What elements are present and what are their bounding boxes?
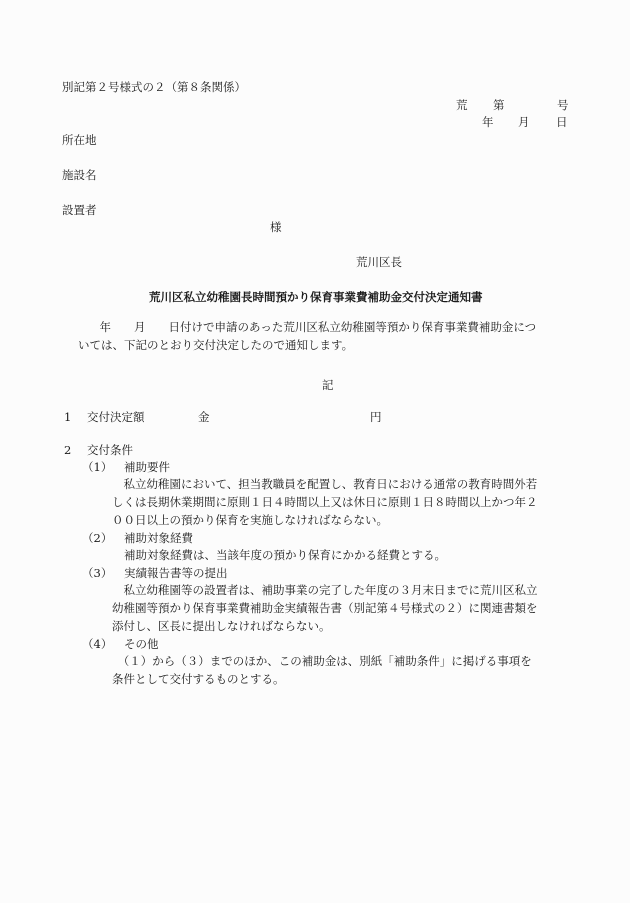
address-label: 所在地 (62, 131, 97, 149)
condition-1-number: （1） (82, 458, 112, 476)
ki-marker: 記 (322, 376, 334, 394)
body-line: （１）から（３）までのほか、この補助金は、別紙「補助条件」に掲げる事項を (112, 652, 532, 670)
intro-line: いては、下記のとおり交付決定したので通知します。 (78, 336, 536, 354)
body-line: 幼稚園等預かり保育事業費補助金実績報告書（別記第４号様式の２）に関連書類を (112, 599, 538, 617)
condition-3-heading: 実績報告書等の提出 (124, 564, 228, 582)
condition-4-number: （4） (82, 635, 112, 653)
condition-1-heading: 補助要件 (124, 458, 170, 476)
amount-suffix: 円 (370, 408, 382, 426)
body-line: しくは長期休業期間に原則１日４時間以上又は休日に原則１日８時間以上かつ年２ (112, 493, 538, 511)
ref-number-suffix: 号 (557, 96, 569, 114)
section-2-number: 2 (64, 441, 71, 459)
facility-label: 施設名 (62, 166, 97, 184)
date-month: 月 (518, 113, 530, 131)
condition-4-heading: その他 (124, 635, 159, 653)
ref-number-prefix: 荒 (456, 96, 468, 114)
condition-2-number: （2） (82, 529, 112, 547)
section-1-number: 1 (64, 408, 71, 426)
founder-label: 設置者 (62, 201, 97, 219)
honorific: 様 (270, 218, 282, 236)
section-1-label: 交付決定額 (87, 408, 145, 426)
condition-1-body: 私立幼稚園において、担当教職員を配置し、教育日における通常の教育時間外若 しくは… (112, 475, 538, 529)
body-line: 私立幼稚園等の設置者は、補助事業の完了した年度の３月末日までに荒川区私立 (112, 581, 538, 599)
section-2-label: 交付条件 (87, 441, 133, 459)
form-label: 別記第２号様式の２（第８条関係） (62, 78, 246, 96)
date-year: 年 (482, 113, 494, 131)
body-line: 私立幼稚園において、担当教職員を配置し、教育日における通常の教育時間外若 (112, 475, 538, 493)
date-day: 日 (556, 113, 568, 131)
ref-number-middle: 第 (493, 96, 505, 114)
intro-line: 年 月 日付けで申請のあった荒川区私立幼稚園等預かり保育事業費補助金につ (88, 318, 536, 336)
body-line: 条件として交付するものとする。 (112, 670, 532, 688)
sender: 荒川区長 (356, 253, 402, 271)
condition-3-body: 私立幼稚園等の設置者は、補助事業の完了した年度の３月末日までに荒川区私立 幼稚園… (112, 581, 538, 635)
condition-4-body: （１）から（３）までのほか、この補助金は、別紙「補助条件」に掲げる事項を 条件と… (112, 652, 532, 688)
condition-2-heading: 補助対象経費 (124, 529, 193, 547)
intro-paragraph: 年 月 日付けで申請のあった荒川区私立幼稚園等預かり保育事業費補助金につ いては… (78, 318, 536, 354)
amount-prefix: 金 (198, 408, 210, 426)
document-title: 荒川区私立幼稚園長時間預かり保育事業費補助金交付決定通知書 (149, 288, 483, 306)
condition-3-number: （3） (82, 564, 112, 582)
body-line: ００日以上の預かり保育を実施しなければならない。 (112, 511, 538, 529)
body-line: 補助対象経費は、当該年度の預かり保育にかかる経費とする。 (124, 546, 446, 564)
body-line: 添付し、区長に提出しなければならない。 (112, 617, 538, 635)
condition-2-body: 補助対象経費は、当該年度の預かり保育にかかる経費とする。 (124, 546, 446, 564)
